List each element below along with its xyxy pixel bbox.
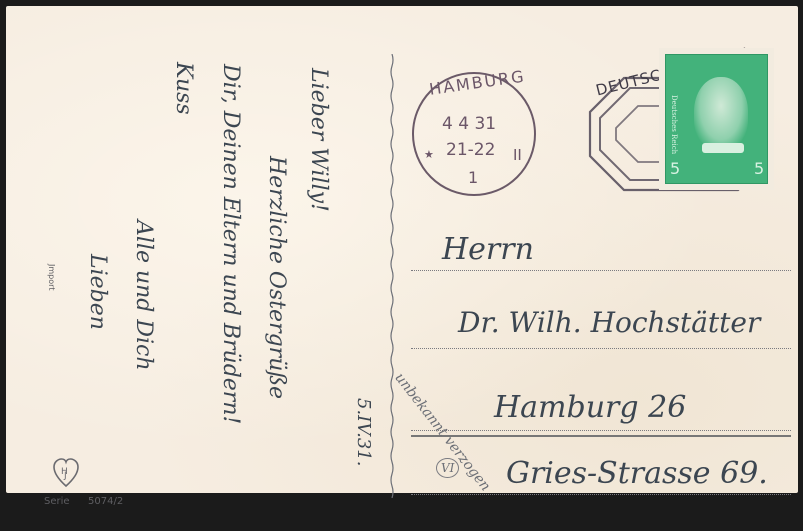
postcard-back: Jmport H J Lieber Willy! Herzliche Oster… <box>6 6 798 493</box>
stamp-value-left: 5 <box>670 159 680 178</box>
address-line-3-double <box>411 435 791 437</box>
series-number: 5074/2 <box>88 496 123 507</box>
message-line-2: Herzliche Ostergrüße <box>264 156 289 399</box>
message-line-4: Alle und Dich <box>131 220 156 371</box>
date-note: 5.IV.31. <box>353 398 374 466</box>
portrait-icon <box>694 77 748 149</box>
publisher-logo-icon: H J <box>53 458 79 488</box>
postmark-date: 4 4 31 <box>442 114 496 134</box>
address-city: Hamburg 26 <box>494 390 686 425</box>
pencil-mark: VI <box>436 458 459 478</box>
postmark-star: ★ <box>424 148 434 161</box>
import-label: Jmport <box>47 264 56 291</box>
svg-text:J: J <box>63 471 67 481</box>
address-salutation: Herrn <box>442 232 534 267</box>
address-line-3 <box>411 430 791 431</box>
address-name: Dr. Wilh. Hochstätter <box>458 306 760 339</box>
series-label: Serie <box>44 496 70 507</box>
divider-line <box>389 54 395 498</box>
postmark-code: II <box>513 146 522 164</box>
address-line-1 <box>411 270 791 271</box>
stamp-country: Deutsches Reich <box>670 95 678 154</box>
message-line-6: Kuss <box>171 62 196 115</box>
stamp-value-right: 5 <box>754 159 764 178</box>
message-line-3: Dir, Deinen Eltern und Brüdern! <box>218 64 243 424</box>
stamp-face: Deutsches Reich 5 5 <box>665 54 768 184</box>
address-line-4 <box>411 494 791 495</box>
address-line-2 <box>411 348 791 349</box>
address-street: Gries-Strasse 69. <box>506 456 768 491</box>
postage-stamp: Deutsches Reich 5 5 <box>659 48 774 190</box>
message-line-5: Lieben <box>85 254 110 330</box>
message-line-1: Lieber Willy! <box>306 68 331 212</box>
postmark-office: 1 <box>468 168 478 187</box>
postmark-time: 21-22 <box>446 140 495 160</box>
